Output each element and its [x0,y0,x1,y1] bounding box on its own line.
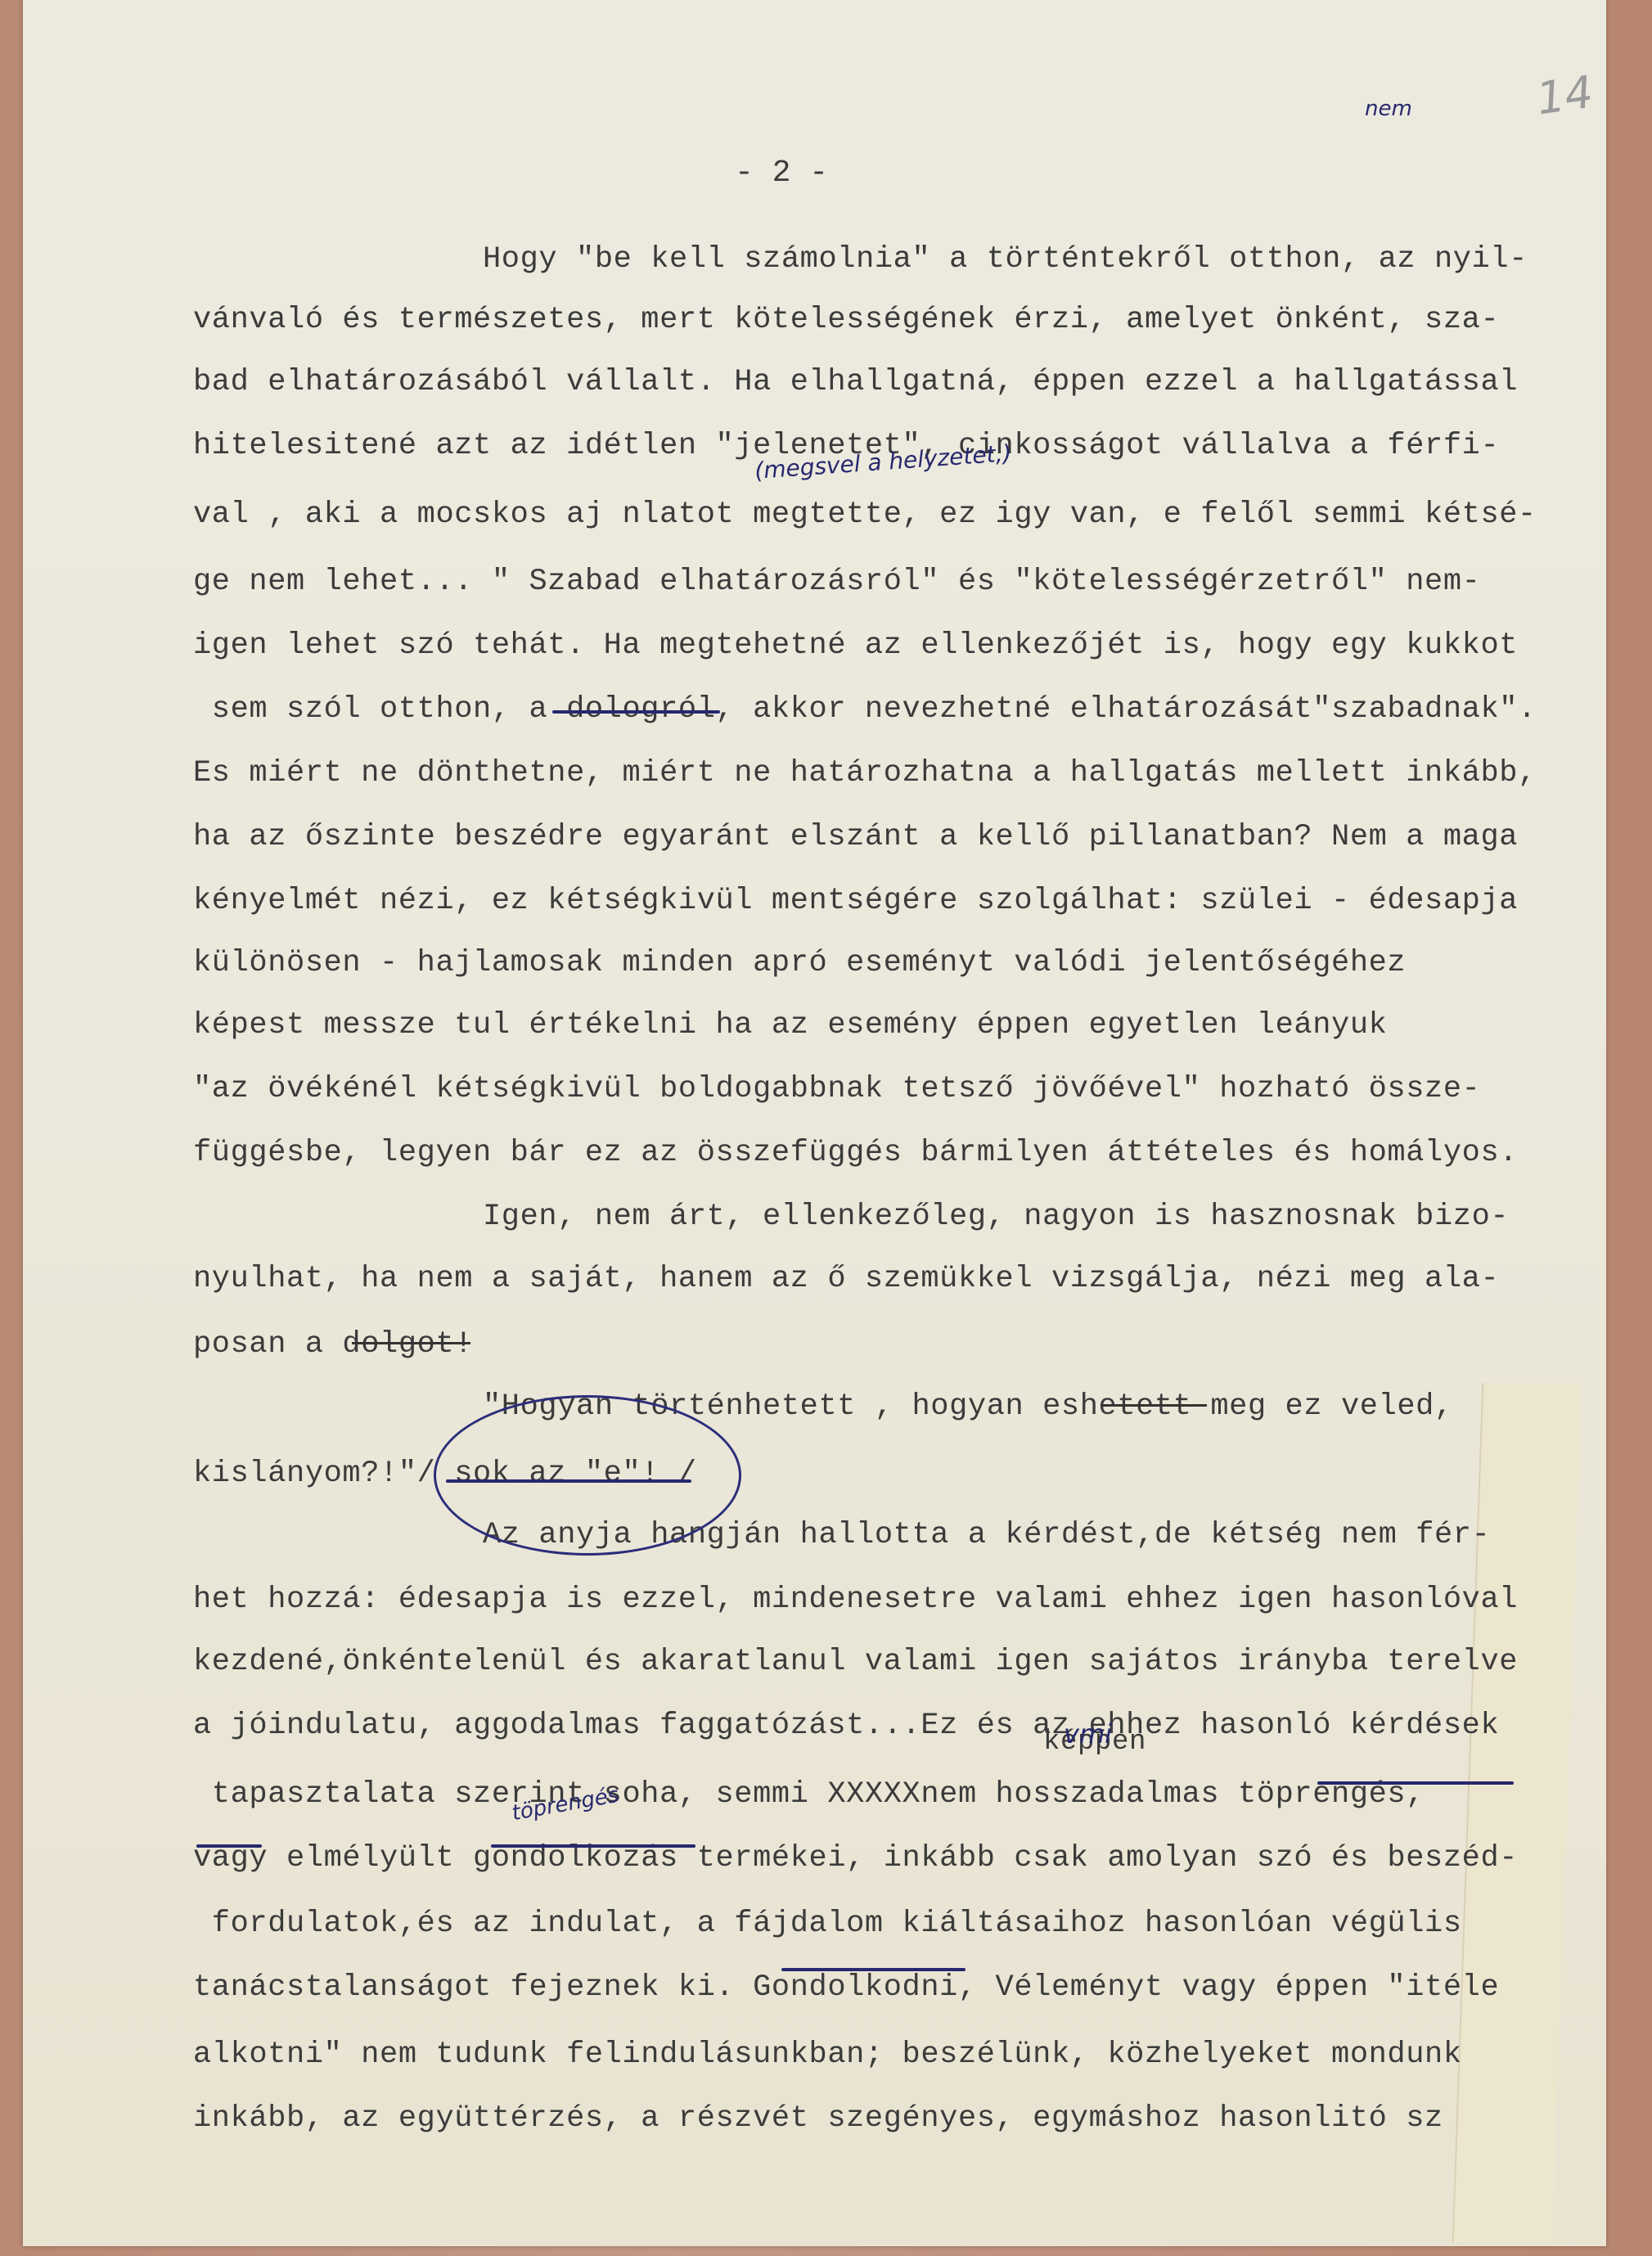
handwritten-vmi: vmi [1064,1718,1112,1749]
strikethrough-toprenges [1317,1781,1514,1785]
handwritten-circle-annotation [434,1395,741,1556]
typed-line: ha az őszinte beszédre egyaránt elszánt … [193,820,1518,854]
typed-line: vánvaló és természetes, mert kötelességé… [193,303,1499,337]
typed-line: posan a dolgot! [193,1327,473,1362]
folded-paper-flap [1452,1383,1582,2242]
page-number: - 2 - [735,155,828,191]
typed-line: függésbe, legyen bár ez az összefüggés b… [193,1136,1518,1170]
typed-line: igen lehet szó tehát. Ha megtehetné az e… [193,628,1518,663]
strikethrough-dologrol [552,710,720,714]
underline-dolgot [352,1342,470,1344]
typed-line: kényelmét nézi, ez kétségkivül mentségér… [193,884,1518,918]
underline-sok-az-e [446,1479,691,1483]
typed-line: "az övékénél kétségkivül boldogabbnak te… [193,1072,1480,1106]
typed-line: val , aki a mocskos aj nlatot megtette, … [193,498,1537,532]
typed-line: nyulhat, ha nem a saját, hanem az ő szem… [193,1262,1499,1296]
typed-line: ge nem lehet... " Szabad elhatározásról"… [193,565,1480,599]
typed-line: het hozzá: édesapja is ezzel, mindeneset… [193,1583,1518,1617]
typed-line: Igen, nem árt, ellenkezőleg, nagyon is h… [483,1200,1509,1234]
typed-line: tapasztalata szerint soha, semmi XXXXXne… [193,1777,1425,1812]
typed-line: sem szól otthon, a dologról, akkor nevez… [193,692,1537,727]
typed-line: fordulatok,és az indulat, a fájdalom kiá… [193,1907,1462,1941]
archive-page-number: 14 [1533,66,1596,125]
typed-line: kezdené,önkéntelenül és akaratlanul vala… [193,1645,1518,1679]
typed-line: bad elhatározásából vállalt. Ha elhallga… [193,365,1518,399]
underline-veled [1101,1404,1207,1407]
typed-line: vagy elmélyült gondolkozás termékei, ink… [193,1841,1518,1875]
strikethrough-gondolkodni [781,1968,966,1971]
handwritten-nem: nem [1365,97,1412,121]
typed-line: inkább, az együttérzés, a részvét szegén… [193,2101,1443,2136]
typed-line: képest messze tul értékelni ha az esemén… [193,1008,1387,1042]
typed-line: Es miért ne dönthetne, miért ne határozh… [193,756,1537,790]
strikethrough-vagy [196,1844,262,1848]
strikethrough-gondolkozas [491,1844,695,1848]
typed-line: a jóindulatu, aggodalmas faggatózást...E… [193,1709,1499,1743]
typed-line: alkotni" nem tudunk felindulásunkban; be… [193,2038,1462,2072]
typed-line: tanácstalanságot fejeznek ki. Gondolkodn… [193,1970,1499,2005]
typed-line: különösen - hajlamosak minden apró esemé… [193,946,1406,980]
typed-line: Hogy "be kell számolnia" a történtekről … [483,242,1528,277]
